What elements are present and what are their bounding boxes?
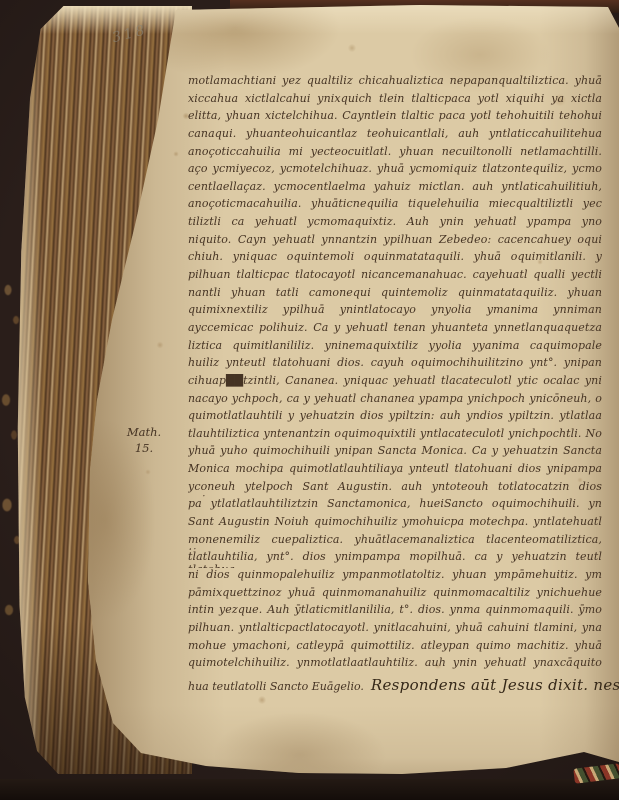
manuscript-line: ayccemicac polihuiz. Ca y yehuatl tenan … xyxy=(188,321,602,339)
manuscript-line: aço ycmiyecoz, ycmotelchihuaz. yhuā ycmo… xyxy=(188,162,602,180)
manuscript-line: pilhuan. yntlalticpactlatocayotl. ynitla… xyxy=(188,621,602,639)
manuscript-line: liztica quimitlanililiz. yninemaquixtili… xyxy=(188,339,602,357)
margin-note-book: Math. xyxy=(124,424,164,440)
manuscript-line: yhuā yuho quimochihuili ynipan Sancta Mo… xyxy=(188,444,602,462)
manuscript-line-with-ink-blot: cihuap██tzintli, Cananea. yniquac yehuat… xyxy=(188,374,602,392)
manuscript-line: tlatlauhtilia, ynt°. dios ynimpampa mopi… xyxy=(188,550,602,568)
manuscript-line: quimotlatlauhtili y yehuatzin dios ypilt… xyxy=(188,409,602,427)
last-line-nahuatl: hua teutlatolli Sancto Euāgelio. xyxy=(188,680,364,693)
margin-note-chapter: 15. xyxy=(124,440,164,456)
manuscript-line: quimotelchihuiliz. ynmotlatlaatlauhtiliz… xyxy=(188,656,602,674)
manuscript-line: anoçoticcahuilia mi yecteocuitlatl. yhua… xyxy=(188,145,602,163)
manuscript-line: Monica mochipa quimotlatlauhtiliaya ynte… xyxy=(188,462,602,480)
manuscript-line: yconeuh ytelpoch Sant Augustin. auh ynto… xyxy=(188,480,602,498)
book-cover-bottom-edge xyxy=(0,779,619,800)
manuscript-line: canaqui. yhuanteohuicantlaz teohuicantla… xyxy=(188,127,602,145)
manuscript-line: pāmixquettzinoz yhuā quinmomanahuiliz qu… xyxy=(188,586,602,604)
manuscript-line: mohue ymachoni, catleypā quimottiliz. at… xyxy=(188,639,602,657)
manuscript-line: monenemiliz cuepaliztica. yhuātlacemanal… xyxy=(188,533,602,551)
manuscript-line: nantli yhuan tatli camonequi quintemoliz… xyxy=(188,286,602,304)
manuscript-line: intin yezque. Auh ȳtlaticmitlanililia, t… xyxy=(188,603,602,621)
manuscript-line: centlaellaçaz. ycmocentlaelma yahuiz mic… xyxy=(188,180,602,198)
manuscript-line: tiliztli ca yehuatl ycmomaquixtiz. Auh y… xyxy=(188,215,602,233)
manuscript-line: chiuh. yniquac oquintemoli oquinmatataqu… xyxy=(188,250,602,268)
manuscript-line: Sant Augustin Noiuh quimochihuiliz ymohu… xyxy=(188,515,602,533)
manuscript-line: niquito. Cayn yehuatl ynnantzin ypilhuan… xyxy=(188,233,602,251)
manuscript-line: huiliz ynteutl tlatohuani dios. cayuh oq… xyxy=(188,356,602,374)
manuscript-line: motlamachtiani yez qualtiliz chicahualiz… xyxy=(188,74,602,92)
manuscript-last-line: hua teutlatolli Sancto Euāgelio. Respond… xyxy=(188,676,602,694)
manuscript-line: quimixnextiliz ypilhuā ynintlatocayo yny… xyxy=(188,303,602,321)
manuscript-line: tlauhtiliztica yntenantzin oquimoquixtil… xyxy=(188,427,602,445)
manuscript-line: xiccahua xictlalcahui ynixquich tlein tl… xyxy=(188,92,602,110)
manuscript-line: anoçoticmacahuilia. yhuāticnequilia tiqu… xyxy=(188,197,602,215)
manuscript-line: pilhuan tlalticpac tlatocayotl nicancema… xyxy=(188,268,602,286)
manuscript-line: pa ytlatlatlauhtiliztzin Sanctamonica, h… xyxy=(188,497,602,515)
manuscript-text-block: motlamachtiani yez qualtiliz chicahualiz… xyxy=(188,74,602,694)
last-line-latin-incipit: Respondens aūt Jesus dixit. nesci xyxy=(371,676,619,694)
manuscript-photo: 318 Math. 15. motlamachtiani yez qualtil… xyxy=(0,0,619,800)
manuscript-line: elitta, yhuan xictelchihua. Cayntlein tl… xyxy=(188,109,602,127)
manuscript-line: nacayo ychpoch, ca y yehuatl chananea yp… xyxy=(188,392,602,410)
manuscript-line: ni dios quinmopalehuiliz ympanmotlatolti… xyxy=(188,568,602,586)
margin-note-matthew-15: Math. 15. xyxy=(124,424,164,456)
